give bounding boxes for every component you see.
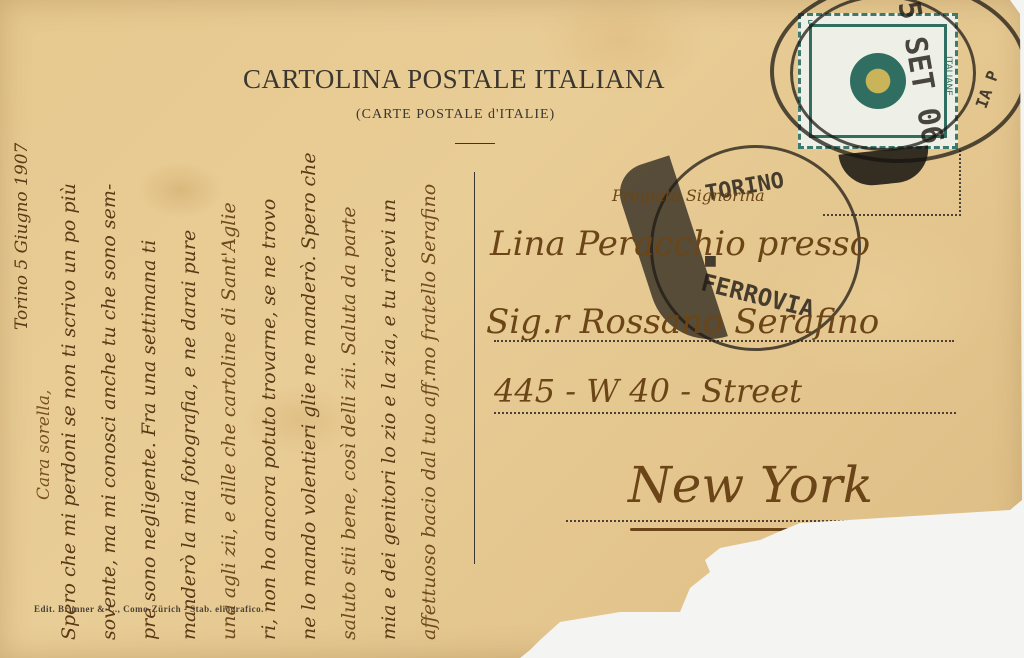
postcard-title: CARTOLINA POSTALE ITALIANA: [243, 64, 665, 95]
center-divider: [474, 172, 475, 564]
postcard-subtitle: (CARTE POSTALE d'ITALIE): [356, 107, 555, 123]
address-street: 445 - W 40 - Street: [494, 372, 802, 410]
signature-rule: [455, 143, 495, 144]
letter-line: ri, non ho ancora potuto trovarne, se ne…: [258, 199, 280, 640]
letter-date: Torino 5 Giugno 1907: [12, 143, 32, 330]
letter-line: affettuoso bacio dal tuo aff.mo fratello…: [418, 184, 440, 640]
address-honorific: Pregiata Signorina: [612, 186, 765, 205]
city-underline: [630, 528, 810, 531]
letter-line: manderò la mia fotografia, e ne darai pu…: [178, 230, 200, 640]
address-city: New York: [628, 456, 873, 514]
letter-line: pre sono negligente. Fra una settimana t…: [138, 240, 160, 640]
address-recipient: Lina Peracchio presso: [490, 224, 870, 264]
address-care-of: Sig.r Rossano Serafino: [486, 302, 879, 342]
postmark-date-inner: [790, 0, 976, 151]
letter-line: Spero che mi perdoni se non ti scrivo un…: [58, 183, 80, 640]
letter-line: ne lo mando volentieri glie ne manderò. …: [298, 152, 320, 640]
letter-line: mia e dei genitori lo zio e la zia, e tu…: [378, 199, 400, 640]
postcard: CARTOLINA POSTALE ITALIANA (CARTE POSTAL…: [0, 0, 1024, 658]
address-line-2: [494, 412, 956, 414]
letter-line: sovente, ma mi conosci anche tu che sono…: [98, 184, 120, 640]
letter-line: saluto stii bene, così delli zii. Saluta…: [338, 206, 360, 640]
letter-greeting: Cara sorella,: [34, 390, 54, 500]
address-line-3: [566, 520, 976, 522]
letter-line: una agli zii, e dille che cartoline di S…: [218, 202, 240, 640]
